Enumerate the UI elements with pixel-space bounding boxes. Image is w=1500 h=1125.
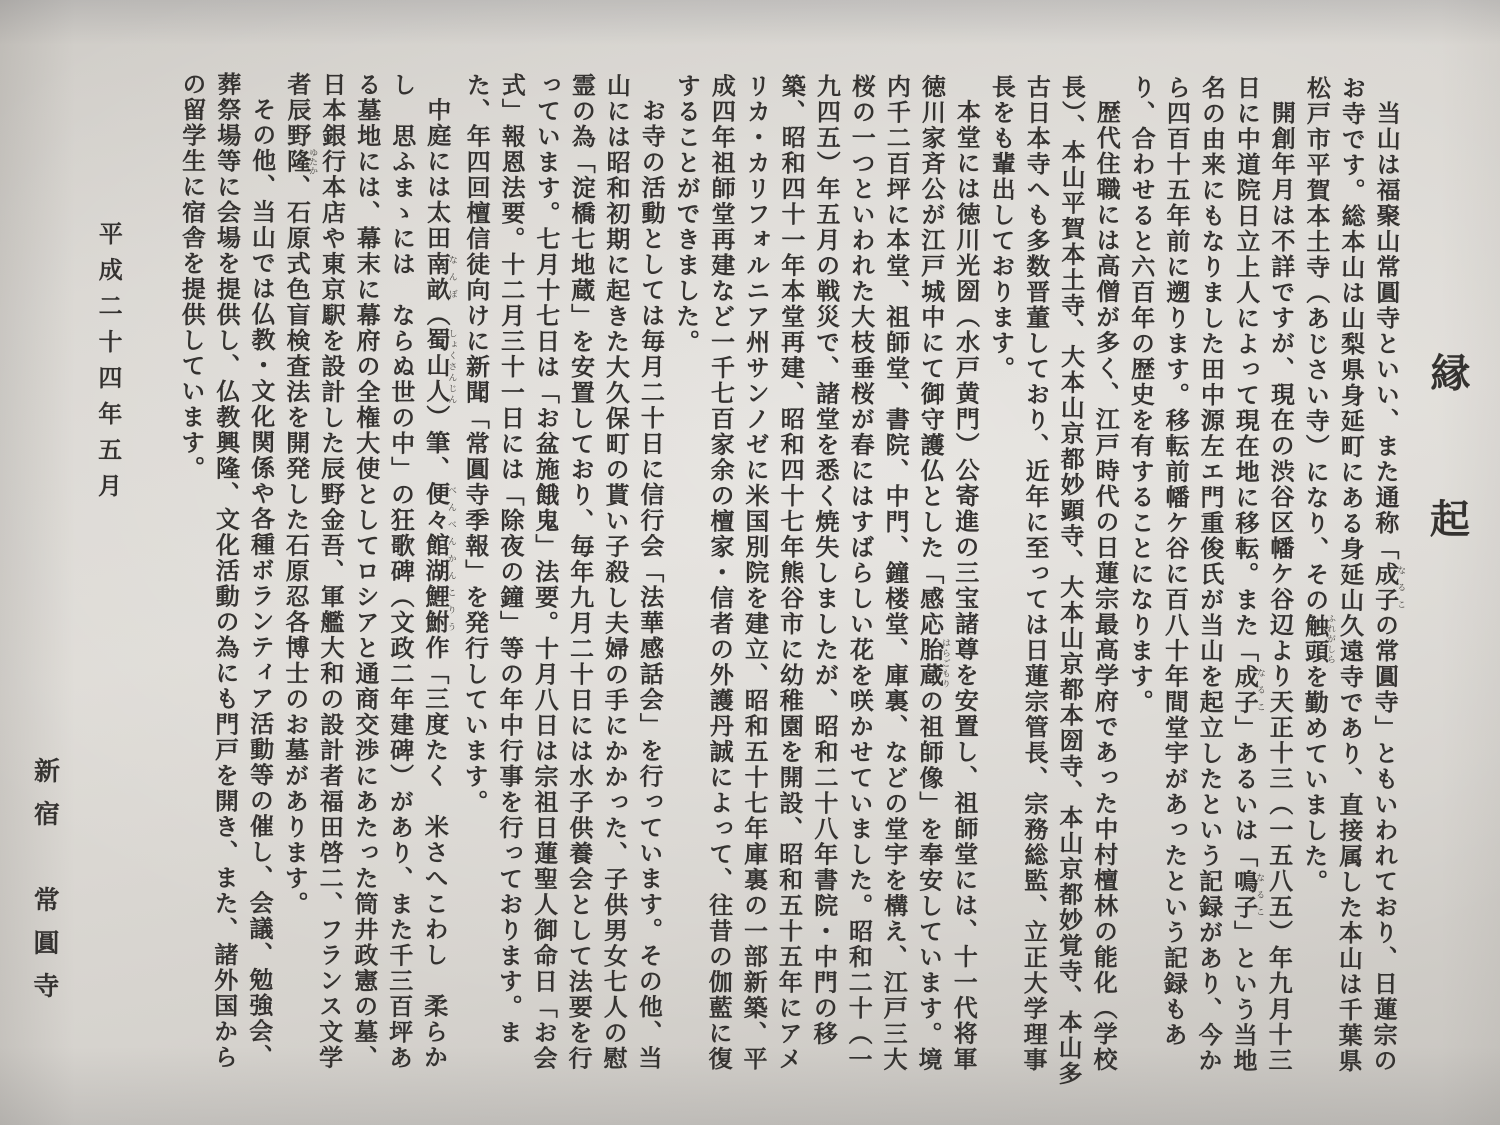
document-date: 平成二十四年五月 — [86, 71, 126, 1087]
paper-sheet: 縁起 当山は福聚山常圓寺といい、また通称「成子なるこの常圓寺」ともいわれており、… — [0, 0, 1500, 1125]
paragraph: その他、当山では仏教・文化関係や各種ボランティア活動等の催し、会議、勉強会、葬祭… — [170, 71, 279, 1087]
paragraph: お寺の活動としては毎月二十日に信行会「法華感話会」を行っています。その他、当山に… — [455, 72, 669, 1089]
document-signature: 新宿 常圓寺 — [24, 71, 68, 1087]
paragraph: 中庭には太田南畝なんぼ（蜀山人しょくさんじん）筆、便々館湖鯉鮒べんべんかんこりう… — [275, 72, 458, 1089]
document: 縁起 当山は福聚山常圓寺といい、また通称「成子なるこの常圓寺」ともいわれており、… — [24, 71, 1486, 1092]
paragraph: 当山は福聚山常圓寺といい、また通称「成子なるこの常圓寺」ともいわれており、日蓮宗… — [1295, 75, 1408, 1091]
document-title: 縁起 — [1420, 76, 1472, 1092]
photo-background: 縁起 当山は福聚山常圓寺といい、また通称「成子なるこの常圓寺」ともいわれており、… — [0, 0, 1500, 1125]
paragraph: 歴代住職には高僧が多く、江戸時代の日蓮宗最高学府であった中村檀林の能化（学校長）… — [980, 74, 1124, 1090]
paragraph: 本堂には徳川光圀（水戸黄門）公寄進の三宝諸尊を安置し、祖師堂には、十一代将軍徳川… — [665, 73, 984, 1090]
document-body: 当山は福聚山常圓寺といい、また通称「成子なるこの常圓寺」ともいわれており、日蓮宗… — [170, 71, 1408, 1091]
paragraph: 開創年月は不詳ですが、現在の渋谷区幡ケ谷辺より天正十三（一五八五）年九月十三日に… — [1120, 75, 1299, 1092]
